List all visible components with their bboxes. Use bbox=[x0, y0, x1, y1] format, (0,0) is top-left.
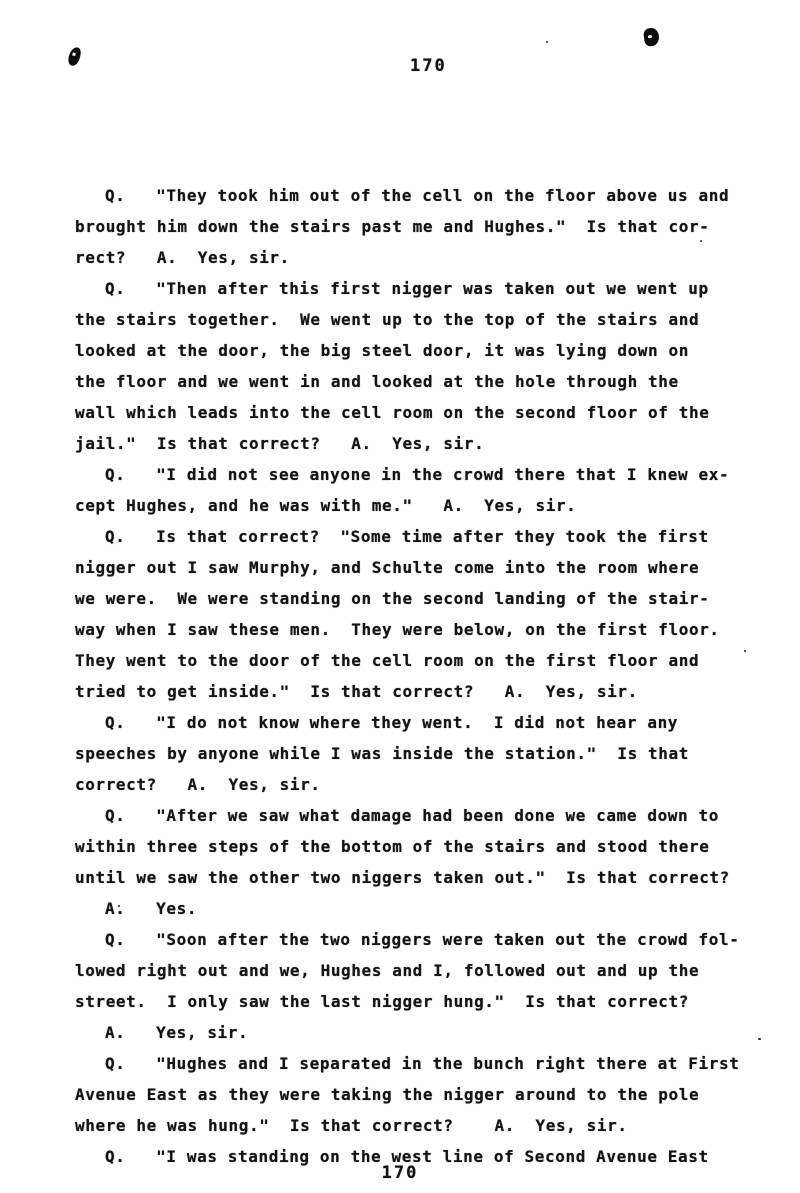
transcript-line: brought him down the stairs past me and … bbox=[75, 211, 765, 242]
transcript-line: A. Yes, sir. bbox=[75, 1017, 765, 1048]
transcript-line: jail." Is that correct? A. Yes, sir. bbox=[75, 428, 765, 459]
transcript-line: the stairs together. We went up to the t… bbox=[75, 304, 765, 335]
transcript-line: street. I only saw the last nigger hung.… bbox=[75, 986, 765, 1017]
transcript-line: where he was hung." Is that correct? A. … bbox=[75, 1110, 765, 1141]
transcript-line: Q. "After we saw what damage had been do… bbox=[75, 800, 765, 831]
transcript-line: speeches by anyone while I was inside th… bbox=[75, 738, 765, 769]
transcript-line: within three steps of the bottom of the … bbox=[75, 831, 765, 862]
transcript-line: A. Yes. bbox=[75, 893, 765, 924]
transcript-line: Q. "They took him out of the cell on the… bbox=[75, 180, 765, 211]
page-number-bottom: 170 bbox=[0, 1163, 800, 1183]
transcript-line: looked at the door, the big steel door, … bbox=[75, 335, 765, 366]
transcript-line: lowed right out and we, Hughes and I, fo… bbox=[75, 955, 765, 986]
transcript-line: until we saw the other two niggers taken… bbox=[75, 862, 765, 893]
transcript-line: Avenue East as they were taking the nigg… bbox=[75, 1079, 765, 1110]
transcript-line: tried to get inside." Is that correct? A… bbox=[75, 676, 765, 707]
transcript-line: nigger out I saw Murphy, and Schulte com… bbox=[75, 552, 765, 583]
transcript-line: wall which leads into the cell room on t… bbox=[75, 397, 765, 428]
transcript-line: rect? A. Yes, sir. bbox=[75, 242, 765, 273]
transcript-line: Q. "Soon after the two niggers were take… bbox=[75, 924, 765, 955]
transcript-body: Q. "They took him out of the cell on the… bbox=[75, 180, 765, 1172]
transcript-line: correct? A. Yes, sir. bbox=[75, 769, 765, 800]
ink-blot-top-left bbox=[67, 46, 82, 67]
transcript-line: cept Hughes, and he was with me." A. Yes… bbox=[75, 490, 765, 521]
transcript-line: Q. Is that correct? "Some time after the… bbox=[75, 521, 765, 552]
ink-blot-top-right bbox=[643, 27, 660, 47]
transcript-line: Q. "Hughes and I separated in the bunch … bbox=[75, 1048, 765, 1079]
ink-speck bbox=[546, 41, 548, 43]
transcript-line: They went to the door of the cell room o… bbox=[75, 645, 765, 676]
page-number-top: 170 bbox=[410, 56, 447, 76]
transcript-line: way when I saw these men. They were belo… bbox=[75, 614, 765, 645]
transcript-line: we were. We were standing on the second … bbox=[75, 583, 765, 614]
transcript-line: the floor and we went in and looked at t… bbox=[75, 366, 765, 397]
transcript-line: Q. "Then after this first nigger was tak… bbox=[75, 273, 765, 304]
transcript-line: Q. "I do not know where they went. I did… bbox=[75, 707, 765, 738]
transcript-line: Q. "I did not see anyone in the crowd th… bbox=[75, 459, 765, 490]
scanned-document-page: 170 Q. "They took him out of the cell on… bbox=[0, 0, 800, 1193]
